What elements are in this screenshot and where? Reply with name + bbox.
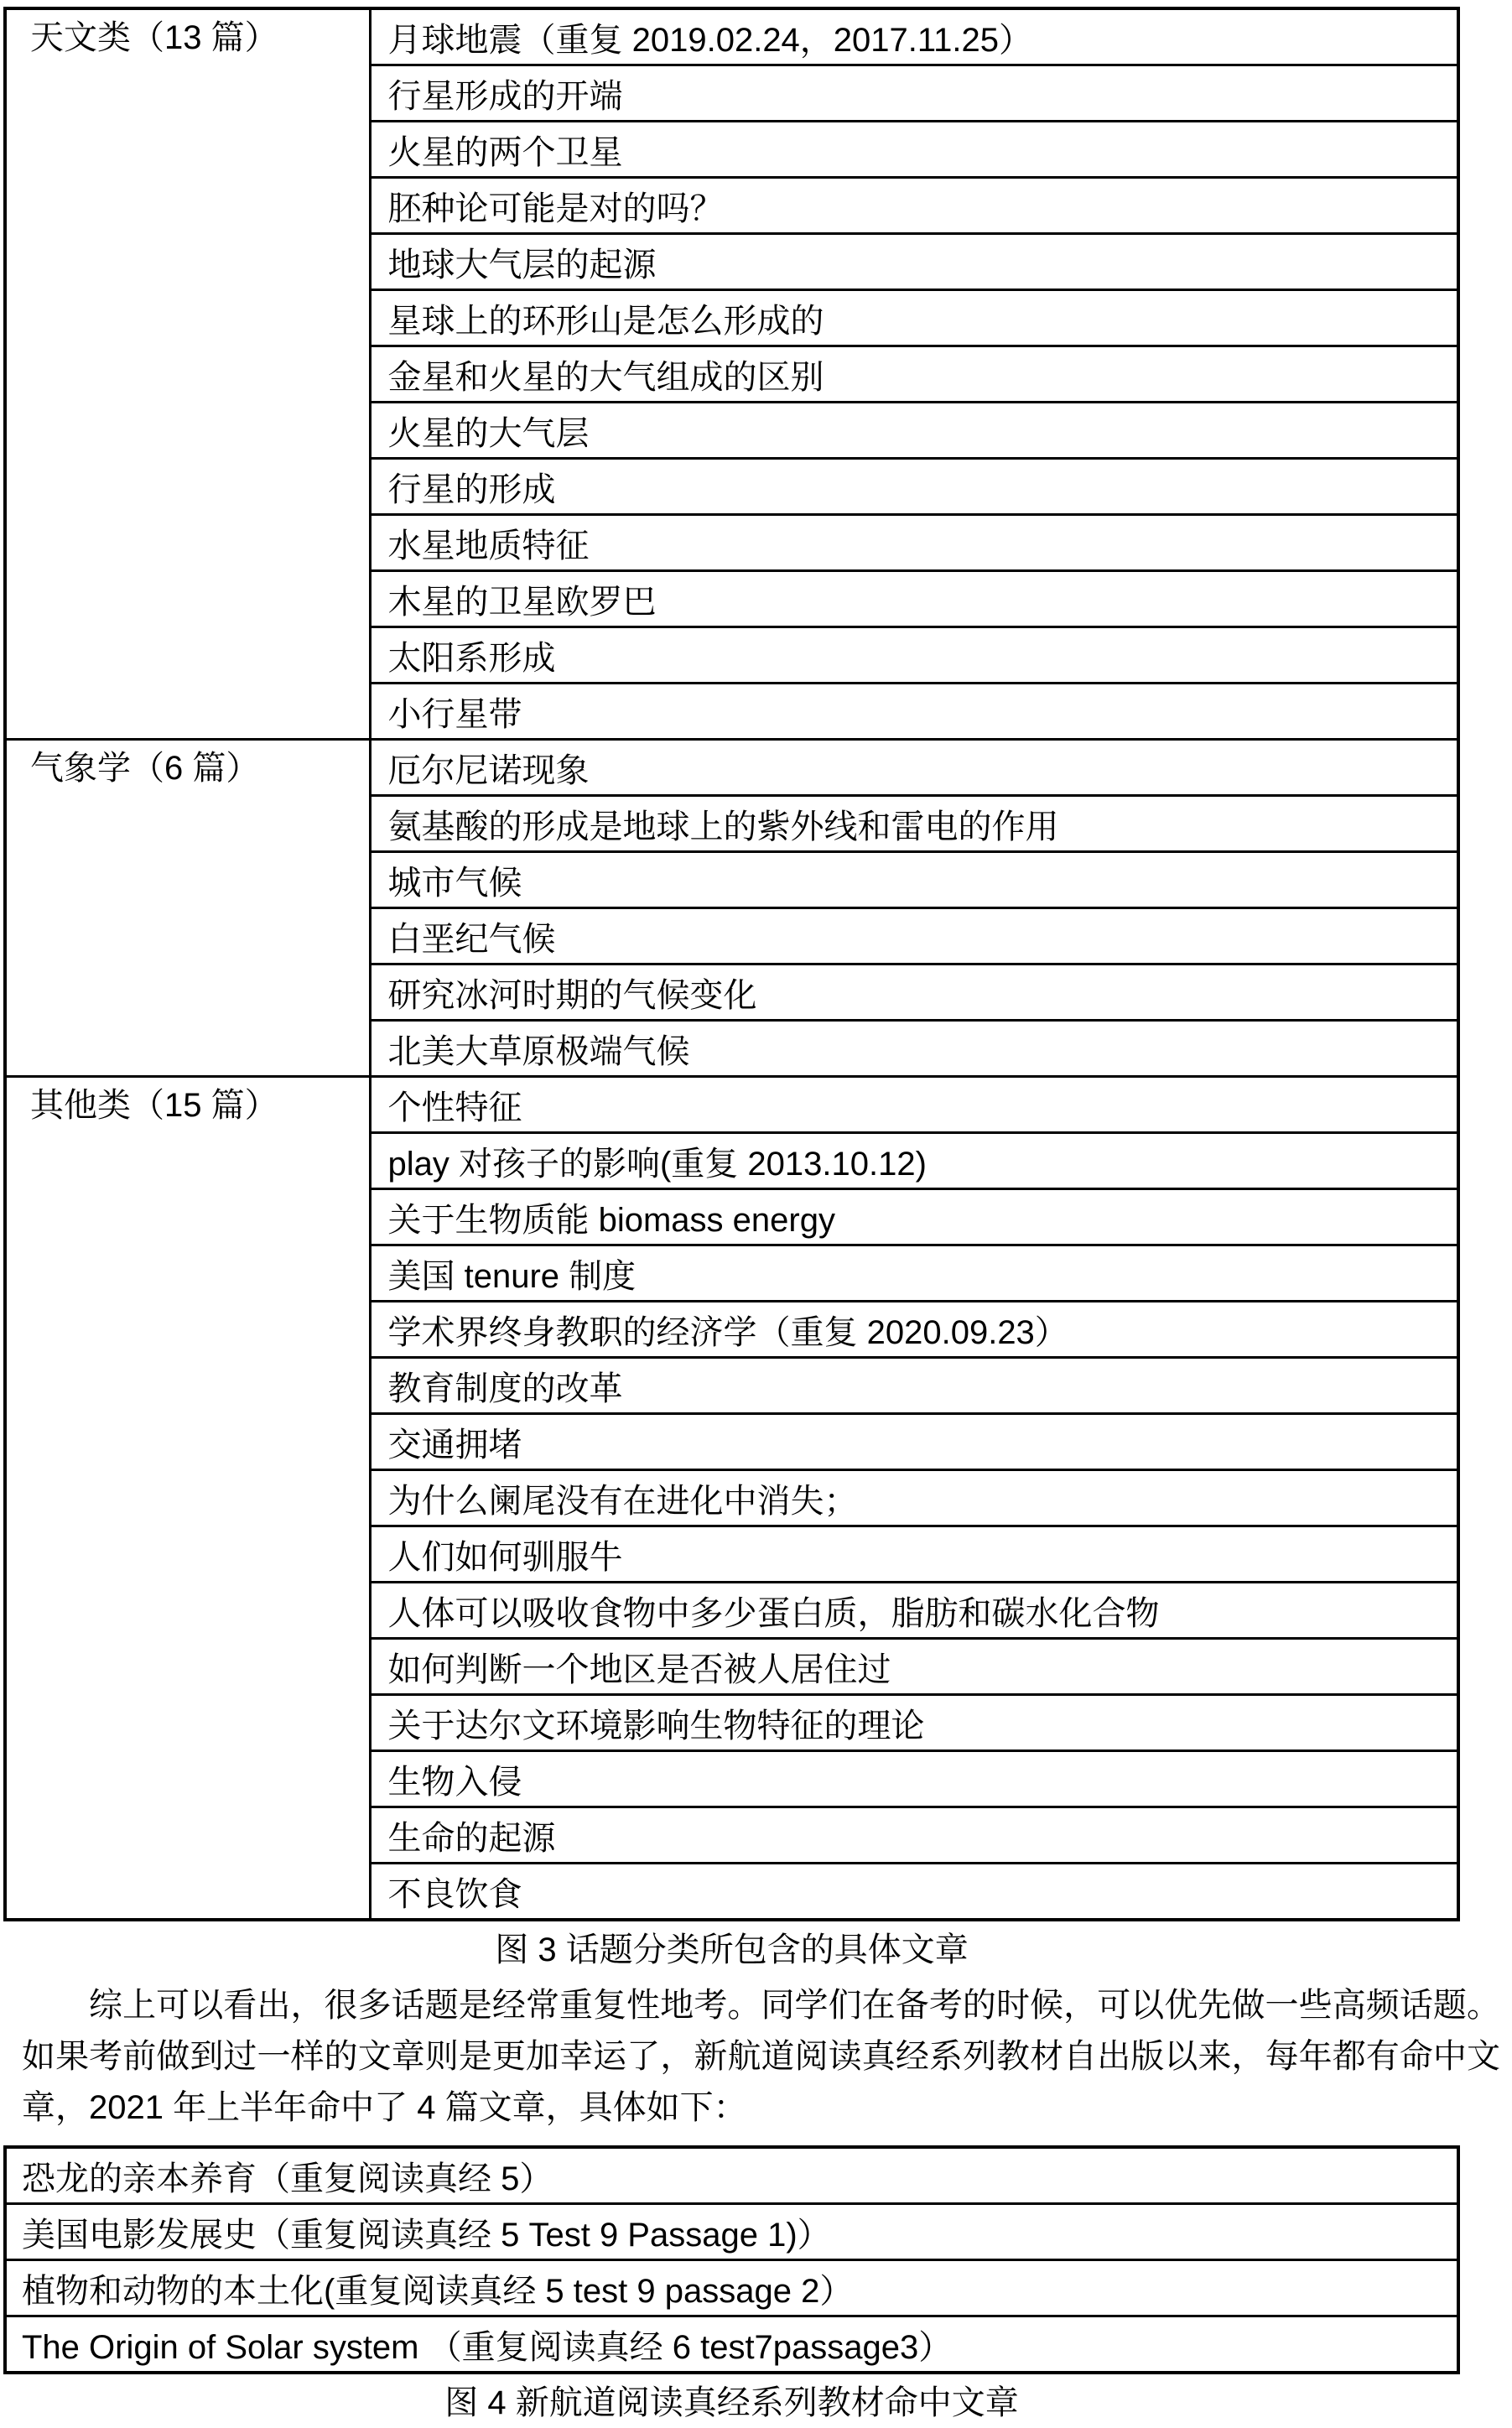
article-cell: 教育制度的改革: [370, 1358, 1458, 1414]
article-cell: 关于达尔文环境影响生物特征的理论: [370, 1695, 1458, 1751]
article-cell: 氨基酸的形成是地球上的紫外线和雷电的作用: [370, 796, 1458, 852]
article-cell: 月球地震（重复 2019.02.24，2017.11.25）: [370, 8, 1458, 65]
article-cell: 厄尔尼诺现象: [370, 740, 1458, 796]
article-cell: 城市气候: [370, 852, 1458, 908]
hit-articles-table: 恐龙的亲本养育（重复阅读真经 5）美国电影发展史（重复阅读真经 5 Test 9…: [3, 2145, 1460, 2374]
article-cell: 人体可以吸收食物中多少蛋白质，脂肪和碳水化合物: [370, 1583, 1458, 1639]
article-cell: 人们如何驯服牛: [370, 1526, 1458, 1583]
topic-table-row: 气象学（6 篇）厄尔尼诺现象: [5, 740, 1458, 796]
article-cell: 交通拥堵: [370, 1414, 1458, 1470]
article-cell: 研究冰河时期的气候变化: [370, 964, 1458, 1021]
article-cell: 胚种论可能是对的吗？: [370, 178, 1458, 234]
article-cell: 生命的起源: [370, 1807, 1458, 1864]
hit-table-row: 美国电影发展史（重复阅读真经 5 Test 9 Passage 1)）: [5, 2204, 1458, 2260]
article-cell: 如何判断一个地区是否被人居住过: [370, 1639, 1458, 1695]
article-cell: 为什么阑尾没有在进化中消失；: [370, 1470, 1458, 1526]
category-cell: 气象学（6 篇）: [5, 740, 370, 1077]
article-cell: 个性特征: [370, 1077, 1458, 1133]
article-cell: 美国 tenure 制度: [370, 1245, 1458, 1302]
article-cell: 火星的大气层: [370, 403, 1458, 459]
article-cell: 白垩纪气候: [370, 908, 1458, 964]
category-cell: 其他类（15 篇）: [5, 1077, 370, 1921]
article-cell: 不良饮食: [370, 1864, 1458, 1921]
topic-table-row: 其他类（15 篇）个性特征: [5, 1077, 1458, 1133]
article-cell: 火星的两个卫星: [370, 122, 1458, 178]
article-cell: 北美大草原极端气候: [370, 1021, 1458, 1077]
article-cell: 星球上的环形山是怎么形成的: [370, 290, 1458, 346]
summary-paragraph: 综上可以看出，很多话题是经常重复性地考。同学们在备考的时候，可以优先做一些高频话…: [22, 1980, 1500, 2134]
document-page: 天文类（13 篇）月球地震（重复 2019.02.24，2017.11.25）行…: [0, 0, 1512, 2423]
figure4-caption: 图 4 新航道阅读真经系列教材命中文章: [3, 2383, 1460, 2423]
hit-table-row: 植物和动物的本土化(重复阅读真经 5 test 9 passage 2）: [5, 2260, 1458, 2316]
hit-table-row: 恐龙的亲本养育（重复阅读真经 5）: [5, 2147, 1458, 2204]
article-cell: 行星形成的开端: [370, 65, 1458, 122]
article-cell: 学术界终身教职的经济学（重复 2020.09.23）: [370, 1302, 1458, 1358]
hit-article-cell: 植物和动物的本土化(重复阅读真经 5 test 9 passage 2）: [5, 2260, 1458, 2316]
topic-table-row: 天文类（13 篇）月球地震（重复 2019.02.24，2017.11.25）: [5, 8, 1458, 65]
figure3-caption: 图 3 话题分类所包含的具体文章: [3, 1930, 1460, 1970]
article-cell: 金星和火星的大气组成的区别: [370, 346, 1458, 403]
hit-article-cell: 美国电影发展史（重复阅读真经 5 Test 9 Passage 1)）: [5, 2204, 1458, 2260]
article-cell: 小行星带: [370, 684, 1458, 740]
topic-classification-table: 天文类（13 篇）月球地震（重复 2019.02.24，2017.11.25）行…: [3, 7, 1460, 1921]
article-cell: play 对孩子的影响(重复 2013.10.12): [370, 1133, 1458, 1189]
article-cell: 行星的形成: [370, 459, 1458, 515]
hit-table-row: The Origin of Solar system （重复阅读真经 6 tes…: [5, 2316, 1458, 2373]
article-cell: 水星地质特征: [370, 515, 1458, 571]
article-cell: 关于生物质能 biomass energy: [370, 1189, 1458, 1245]
article-cell: 生物入侵: [370, 1751, 1458, 1807]
hit-article-cell: 恐龙的亲本养育（重复阅读真经 5）: [5, 2147, 1458, 2204]
article-cell: 木星的卫星欧罗巴: [370, 571, 1458, 627]
article-cell: 太阳系形成: [370, 627, 1458, 684]
article-cell: 地球大气层的起源: [370, 234, 1458, 290]
category-cell: 天文类（13 篇）: [5, 8, 370, 740]
hit-article-cell: The Origin of Solar system （重复阅读真经 6 tes…: [5, 2316, 1458, 2373]
